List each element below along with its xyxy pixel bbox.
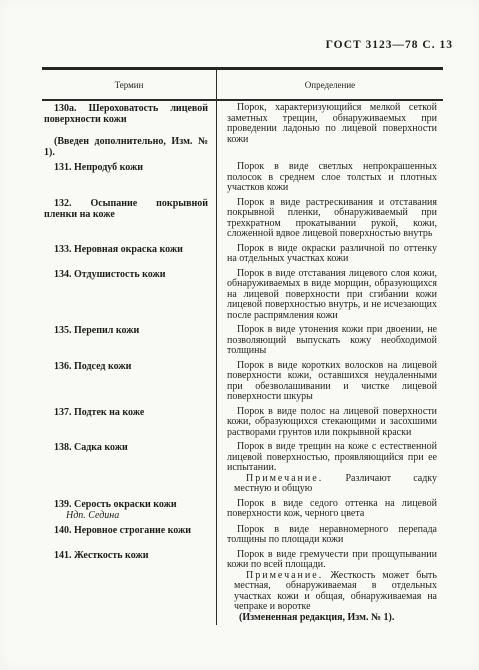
term-inadmissible-synonym: Ндп. Седина [66,510,208,521]
term-text: 132. Осыпание покрывной пленки на коже [44,198,208,220]
definition-cell: Порок в виде отставания лицевого слоя ко… [217,267,443,324]
definition-text: Порок в виде утонения кожи при двоении, … [227,325,437,357]
table-row: 139. Серость окраски кожи Ндп. Седина По… [42,497,443,523]
term-cell: 135. Перепил кожи [42,323,217,359]
term-cell: 138. Садка кожи [42,440,217,497]
definition-cell: Порок в виде растрескивания и отставания… [217,196,443,242]
term-text: 137. Подтек на коже [44,407,208,418]
term-text: 140. Неровное строгание кожи [44,525,208,536]
definition-cell: Порок в виде седого оттенка на лицевой п… [217,497,443,523]
term-text: 139. Серость окраски кожи [44,499,208,510]
term-cell: 133. Неровная окраска кожи [42,242,217,267]
definition-cell: Порок в виде окраски различной по оттенк… [217,242,443,267]
term-cell: 134. Отдушистость кожи [42,267,217,324]
note-label: Примечание. [246,570,323,581]
table-row: 141. Жесткость кожи Порок в виде гремуче… [42,548,443,626]
term-cell: 141. Жесткость кожи [42,548,217,626]
definition-text: Порок в виде отставания лицевого слоя ко… [227,269,437,322]
page-header-gost-number: ГОСТ 3123—78 С. 13 [326,39,453,51]
definition-text: Порок в виде неравномерного перепада тол… [227,525,437,546]
term-text: 135. Перепил кожи [44,325,208,336]
definition-cell: Порок, характеризующийся мелкой сеткой з… [217,101,443,160]
table-row: 133. Неровная окраска кожи Порок в виде … [42,242,443,267]
definition-note: Примечание. Различают садку местную и об… [234,474,437,495]
term-text: 133. Неровная окраска кожи [44,244,208,255]
table-row: 134. Отдушистость кожи Порок в виде отст… [42,267,443,324]
definition-cell: Порок в виде неравномерного перепада тол… [217,523,443,548]
table-row: 138. Садка кожи Порок в виде трещин на к… [42,440,443,497]
term-text: 141. Жесткость кожи [44,550,208,561]
definition-cell: Порок в виде светлых непрокрашенных поло… [217,160,443,196]
definition-text: Порок в виде растрескивания и отставания… [227,198,437,240]
definition-text: Порок в виде трещин на коже с естественн… [227,442,437,474]
term-cell: 140. Неровное строгание кожи [42,523,217,548]
table-row: 140. Неровное строгание кожи Порок в вид… [42,523,443,548]
definition-note: Примечание. Жесткость может быть местная… [234,571,437,613]
term-text: 131. Непродуб кожи [44,162,208,173]
term-cell: 139. Серость окраски кожи Ндп. Седина [42,497,217,523]
term-amendment-note: (Введен дополнительно, Изм. № 1). [44,136,208,158]
table-header-row: Термин Определение [42,67,443,101]
term-text: 130а. Шероховатость лицевой поверхности … [44,103,208,125]
note-label: Примечание. [246,473,323,484]
table-row: 131. Непродуб кожи Порок в виде светлых … [42,160,443,196]
definition-text: Порок в виде коротких волосков на лицево… [227,361,437,403]
definition-cell: Порок в виде трещин на коже с естественн… [217,440,443,497]
term-text: 134. Отдушистость кожи [44,269,208,280]
table-row: 136. Подсед кожи Порок в виде коротких в… [42,359,443,405]
definition-text: Порок в виде седого оттенка на лицевой п… [227,499,437,520]
amendment-note: (Измененная редакция, Изм. № 1). [229,613,437,624]
term-text: 138. Садка кожи [44,442,208,453]
definition-cell: Порок в виде гремучести при прощупывании… [217,548,443,626]
term-cell: 131. Непродуб кожи [42,160,217,196]
ndp-term: Седина [88,510,119,521]
definition-text: Порок в виде окраски различной по оттенк… [227,244,437,265]
definition-cell: Порок в виде утонения кожи при двоении, … [217,323,443,359]
term-cell: 132. Осыпание покрывной пленки на коже [42,196,217,242]
term-cell: 130а. Шероховатость лицевой поверхности … [42,101,217,160]
table-row: 130а. Шероховатость лицевой поверхности … [42,101,443,160]
definition-text: Порок, характеризующийся мелкой сеткой з… [227,103,437,145]
definition-cell: Порок в виде коротких волосков на лицево… [217,359,443,405]
table-row: 135. Перепил кожи Порок в виде утонения … [42,323,443,359]
definition-text: Порок в виде светлых непрокрашенных поло… [227,162,437,194]
definition-text: Порок в виде полос на лицевой поверхност… [227,407,437,439]
table-row: 132. Осыпание покрывной пленки на коже П… [42,196,443,242]
ndp-label: Ндп. [66,510,86,521]
definition-text: Порок в виде гремучести при прощупывании… [227,550,437,571]
terms-definitions-table: Термин Определение 130а. Шероховатость л… [42,67,443,625]
term-cell: 136. Подсед кожи [42,359,217,405]
term-text: 136. Подсед кожи [44,361,208,372]
column-header-definition: Определение [217,70,443,99]
term-cell: 137. Подтек на коже [42,405,217,441]
definition-cell: Порок в виде полос на лицевой поверхност… [217,405,443,441]
table-row: 137. Подтек на коже Порок в виде полос н… [42,405,443,441]
column-header-term: Термин [42,70,217,99]
